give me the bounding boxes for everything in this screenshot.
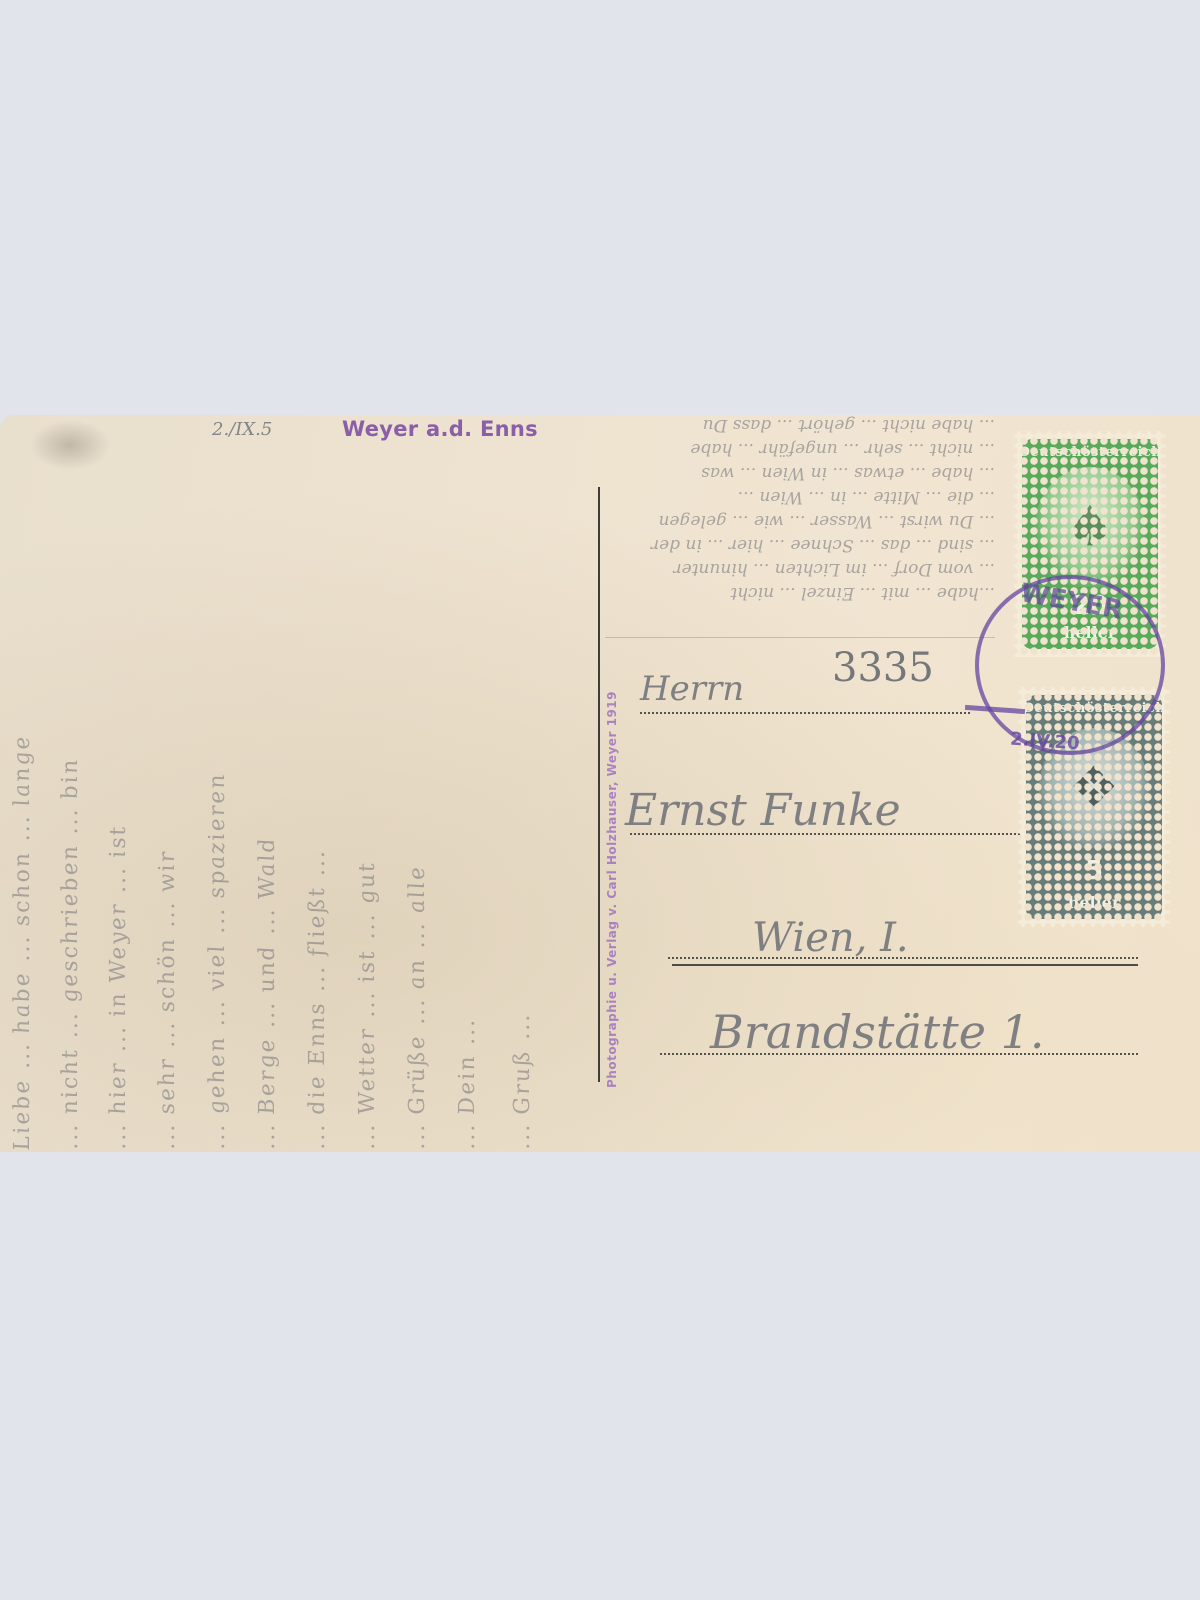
message-column: ... Dein ... [455, 433, 485, 1152]
stamp-country: Deutschösterreich [1019, 445, 1162, 460]
address-line-3 [668, 957, 1138, 959]
message-line: ... habe ... etwas ... in Wien ... was [610, 461, 995, 485]
message-line: ... sind ... das ... Schnee ... hier ...… [610, 533, 995, 557]
stamp-value: 5 [1085, 859, 1103, 883]
message-separator-line [605, 637, 995, 638]
address-line-1 [640, 712, 970, 714]
address-street: Brandstätte 1. [710, 1005, 1045, 1059]
message-line: ... Du wirst ... Wasser ... wie ... gele… [610, 509, 995, 533]
message-line: ... nicht ... sehr ... ungefähr ... habe [610, 437, 995, 461]
allegorical-figure-icon: ♠ [1035, 467, 1145, 587]
message-column: ... Grüße ... an ... alle [405, 433, 435, 1152]
message-column: Liebe ... habe ... schon ... lange [10, 433, 40, 1152]
place-cancellation-stamp: Weyer a.d. Enns [342, 417, 538, 441]
message-column: ... nicht ... geschrieben ... bin [58, 433, 88, 1152]
pencil-reference: 2./IX.5 [212, 419, 272, 440]
message-column: ... Gruß ... [510, 433, 540, 1152]
message-line: ... habe nicht ... gehört ... dass Du [610, 415, 995, 437]
address-salutation: Herrn [640, 669, 744, 709]
message-column: ... gehen ... viel ... spazieren [205, 433, 235, 1152]
reference-number: 3335 [832, 645, 934, 691]
message-column: ... sehr ... schön ... wir [155, 433, 185, 1152]
inverted-handwritten-message: ...habe ... mit ... Einzel ... nicht ...… [610, 415, 995, 605]
address-line-2 [630, 833, 1020, 835]
center-divider-line [598, 487, 600, 1082]
message-column: ... hier ... in Weyer ... ist [106, 433, 136, 1152]
message-column: ... Berge ... und ... Wald [255, 433, 285, 1152]
address-name: Ernst Funke [625, 785, 901, 836]
message-line: ... die ... Mitte ... in ... Wien ... [610, 485, 995, 509]
stamp-unit: heller [1068, 895, 1121, 911]
message-line: ... vom Dorf ... im Lichten ... hinunter [610, 557, 995, 581]
address-city: Wien, I. [752, 915, 909, 961]
handwritten-message-left: Liebe ... habe ... schon ... lange ... n… [0, 435, 560, 1150]
message-column: ... Wetter ... ist ... gut [355, 433, 385, 1152]
address-line-4 [660, 1053, 1138, 1055]
message-line: ...habe ... mit ... Einzel ... nicht [610, 581, 995, 605]
postcard-back: Liebe ... habe ... schon ... lange ... n… [0, 415, 1200, 1152]
message-column: ... die Enns ... fließt ... [305, 433, 335, 1152]
stamp-printer: JUNGWIRTH [1018, 934, 1170, 941]
address-city-underline [672, 964, 1138, 966]
